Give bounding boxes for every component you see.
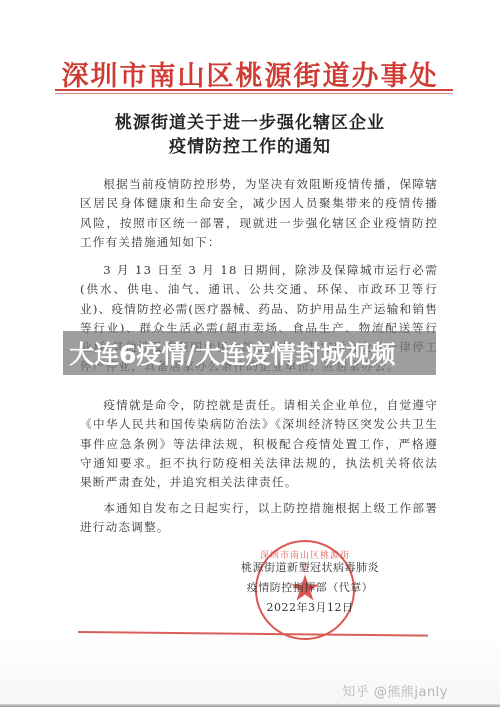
source-watermark: 知乎 @熊熊janly bbox=[342, 681, 448, 700]
footer-red-rule bbox=[78, 631, 428, 636]
issuer-header: 深圳市南山区桃源街道办事处 bbox=[55, 54, 445, 93]
paragraph-text: 疫情就是命令，防控就是责任。请相关企业单位，自觉遵守《中华人民共和国传染病防治法… bbox=[80, 396, 438, 492]
caption-banner: 大连6疫情/大连疫情封城视频 bbox=[63, 331, 436, 375]
paragraph-intro: 根据当前疫情防控形势，为坚决有效阻断疫情传播，保障辖区居民身体健康和生命安全，减… bbox=[80, 175, 438, 252]
paragraph-effective: 本通知自发布之日起实行，以上防控措施根据上级工作部署进行动态调整。 bbox=[80, 499, 438, 538]
signature-date: 2022年3月12日 bbox=[210, 598, 410, 618]
paragraph-responsibility: 疫情就是命令，防控就是责任。请相关企业单位，自觉遵守《中华人民共和国传染病防治法… bbox=[80, 396, 438, 492]
paragraph-text: 根据当前疫情防控形势，为坚决有效阻断疫情传播，保障辖区居民身体健康和生命安全，减… bbox=[80, 175, 438, 252]
document-page: 深圳市南山区桃源街道办事处 桃源街道关于进一步强化辖区企业 疫情防控工作的通知 … bbox=[0, 0, 500, 707]
document-title-line1: 桃源街道关于进一步强化辖区企业 bbox=[0, 108, 500, 133]
header-red-rule-thin bbox=[55, 93, 453, 94]
header-red-rule bbox=[55, 89, 453, 91]
paragraph-text: 本通知自发布之日起实行，以上防控措施根据上级工作部署进行动态调整。 bbox=[80, 499, 438, 538]
signature-line2: 疫情防控指挥部（代章） bbox=[210, 578, 410, 598]
signature-block: 桃源街道新型冠状病毒肺炎 疫情防控指挥部（代章） 2022年3月12日 bbox=[210, 558, 410, 618]
caption-banner-text: 大连6疫情/大连疫情封城视频 bbox=[63, 331, 436, 375]
signature-line1: 桃源街道新型冠状病毒肺炎 bbox=[210, 558, 410, 578]
document-title-line2: 疫情防控工作的通知 bbox=[0, 132, 500, 157]
